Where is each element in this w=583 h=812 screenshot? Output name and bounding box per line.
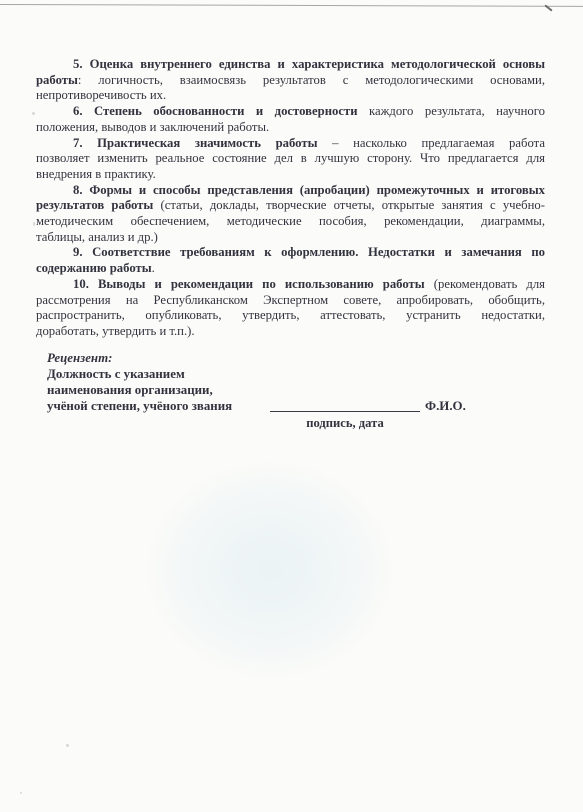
- text-line: внедрения в практику.: [36, 167, 545, 183]
- paragraph: 5. Оценка внутреннего единства и характе…: [36, 57, 545, 104]
- text-line: 5. Оценка внутреннего единства и характе…: [36, 57, 545, 73]
- text-segment: : логичность, взаимосвязь результатов с …: [78, 73, 545, 87]
- paragraph: 7. Практическая значимость работы – наск…: [36, 136, 545, 183]
- text-segment: результатов работы: [36, 198, 153, 212]
- paragraph: 10. Выводы и рекомендации по использован…: [36, 277, 545, 340]
- text-segment: положения, выводов и заключений работы.: [36, 120, 269, 134]
- text-line: 8. Формы и способы представления (апроба…: [36, 183, 545, 199]
- text-line: методическим обеспечением, методические …: [36, 214, 545, 230]
- text-line: положения, выводов и заключений работы.: [36, 120, 545, 136]
- text-segment: 10. Выводы и рекомендации по использован…: [73, 277, 425, 291]
- paragraph: 9. Соответствие требованиям к оформлению…: [36, 245, 545, 276]
- text-line: 9. Соответствие требованиям к оформлению…: [36, 245, 545, 261]
- text-line: 6. Степень обоснованности и достоверност…: [36, 104, 545, 120]
- paragraph: 8. Формы и способы представления (апроба…: [36, 183, 545, 246]
- text-segment: 5. Оценка внутреннего единства и характе…: [73, 57, 545, 71]
- scan-speck: [33, 222, 35, 226]
- text-segment: – насколько предлагаемая работа: [317, 136, 545, 150]
- text-segment: доработать, утвердить и т.п.).: [36, 324, 195, 338]
- text-segment: таблицы, анализ и др.): [36, 230, 158, 244]
- scanned-document-page: { "page": { "background_color": "#fbfbf9…: [0, 0, 583, 812]
- text-line: 7. Практическая значимость работы – наск…: [36, 136, 545, 152]
- text-segment: 7. Практическая значимость работы: [73, 136, 317, 150]
- reviewer-position-line: Должность с указанием: [47, 366, 527, 382]
- text-segment: содержанию работы: [36, 261, 152, 275]
- paragraph: 6. Степень обоснованности и достоверност…: [36, 104, 545, 135]
- text-segment: позволяет изменить реальное состояние де…: [36, 151, 545, 165]
- text-line: рассмотрения на Республиканском Экспертн…: [36, 293, 545, 309]
- text-segment: распространить, опубликовать, утвердить,…: [36, 308, 545, 322]
- text-segment: 9. Соответствие требованиям к оформлению…: [73, 245, 545, 259]
- text-segment: 6. Степень обоснованности и достоверност…: [73, 104, 358, 118]
- scan-speck: [32, 112, 35, 115]
- text-segment: рассмотрения на Республиканском Экспертн…: [36, 293, 545, 307]
- reviewer-heading: Рецензент:: [47, 350, 527, 366]
- text-line: непротиворечивость их.: [36, 88, 545, 104]
- text-segment: каждого результата, научного: [358, 104, 545, 118]
- text-segment: .: [152, 261, 155, 275]
- text-segment: работы: [36, 73, 78, 87]
- paragraph-list: 5. Оценка внутреннего единства и характе…: [36, 57, 545, 340]
- fio-label: Ф.И.О.: [425, 398, 466, 414]
- text-line: доработать, утвердить и т.п.).: [36, 324, 545, 340]
- scan-edge-line: [0, 4, 583, 7]
- text-line: содержанию работы.: [36, 261, 545, 277]
- text-segment: 8. Формы и способы представления (апроба…: [73, 183, 545, 197]
- signature-line: [270, 411, 420, 412]
- scan-speck: [20, 792, 22, 794]
- reviewer-block: Рецензент: Должность с указанием наимено…: [47, 350, 527, 414]
- signature-caption: подпись, дата: [270, 415, 420, 431]
- text-line: работы: логичность, взаимосвязь результа…: [36, 73, 545, 89]
- text-segment: внедрения в практику.: [36, 167, 156, 181]
- text-segment: (статьи, доклады, творческие отчеты, отк…: [153, 198, 545, 212]
- text-line: распространить, опубликовать, утвердить,…: [36, 308, 545, 324]
- text-line: 10. Выводы и рекомендации по использован…: [36, 277, 545, 293]
- text-segment: непротиворечивость их.: [36, 88, 166, 102]
- text-line: позволяет изменить реальное состояние де…: [36, 151, 545, 167]
- text-line: результатов работы (статьи, доклады, тво…: [36, 198, 545, 214]
- scan-speck: [66, 744, 69, 747]
- text-segment: (рекомендовать для: [425, 277, 545, 291]
- scan-watermark-blotch: [105, 425, 435, 715]
- reviewer-position-line: наименования организации,: [47, 382, 527, 398]
- text-line: таблицы, анализ и др.): [36, 230, 545, 246]
- text-segment: методическим обеспечением, методические …: [36, 214, 545, 228]
